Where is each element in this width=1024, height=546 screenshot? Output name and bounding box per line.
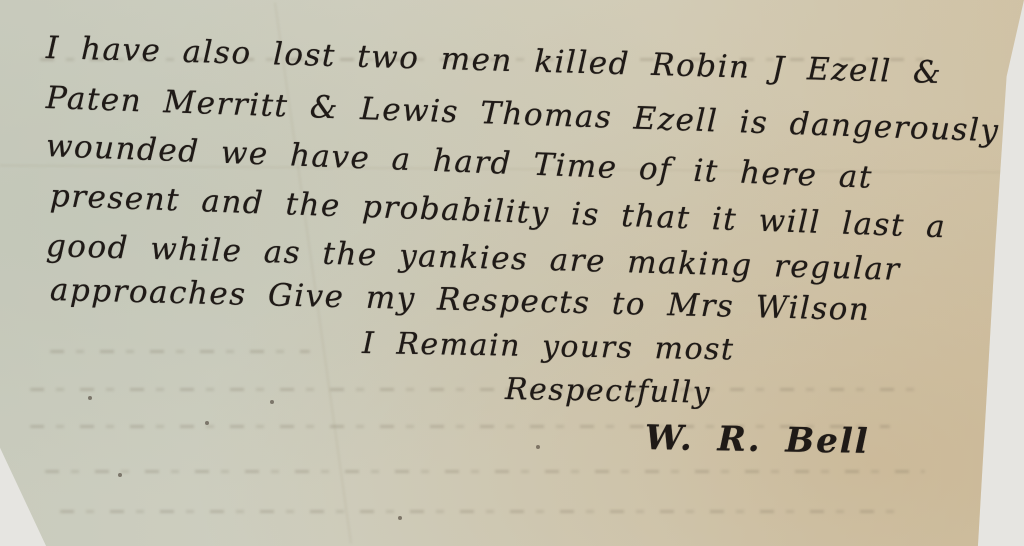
- ink-spot: [536, 445, 540, 449]
- bleed-through-writing: [30, 388, 930, 391]
- bleed-through-writing: [60, 510, 900, 513]
- letter-closing-2: Respectfully: [505, 372, 712, 411]
- ink-spot: [205, 421, 209, 425]
- bleed-through-writing: [50, 350, 310, 353]
- ink-spot: [398, 516, 402, 520]
- paper-fold: [274, 3, 352, 544]
- letter-photo: I have also lost two men killed Robin J …: [0, 0, 1024, 546]
- letter-closing-1: I Remain yours most: [362, 326, 735, 367]
- ink-spot: [270, 400, 274, 404]
- ink-spot: [88, 396, 92, 400]
- letter-signature: W. R. Bell: [645, 418, 870, 462]
- ink-spot: [118, 473, 122, 477]
- bleed-through-writing: [45, 470, 925, 473]
